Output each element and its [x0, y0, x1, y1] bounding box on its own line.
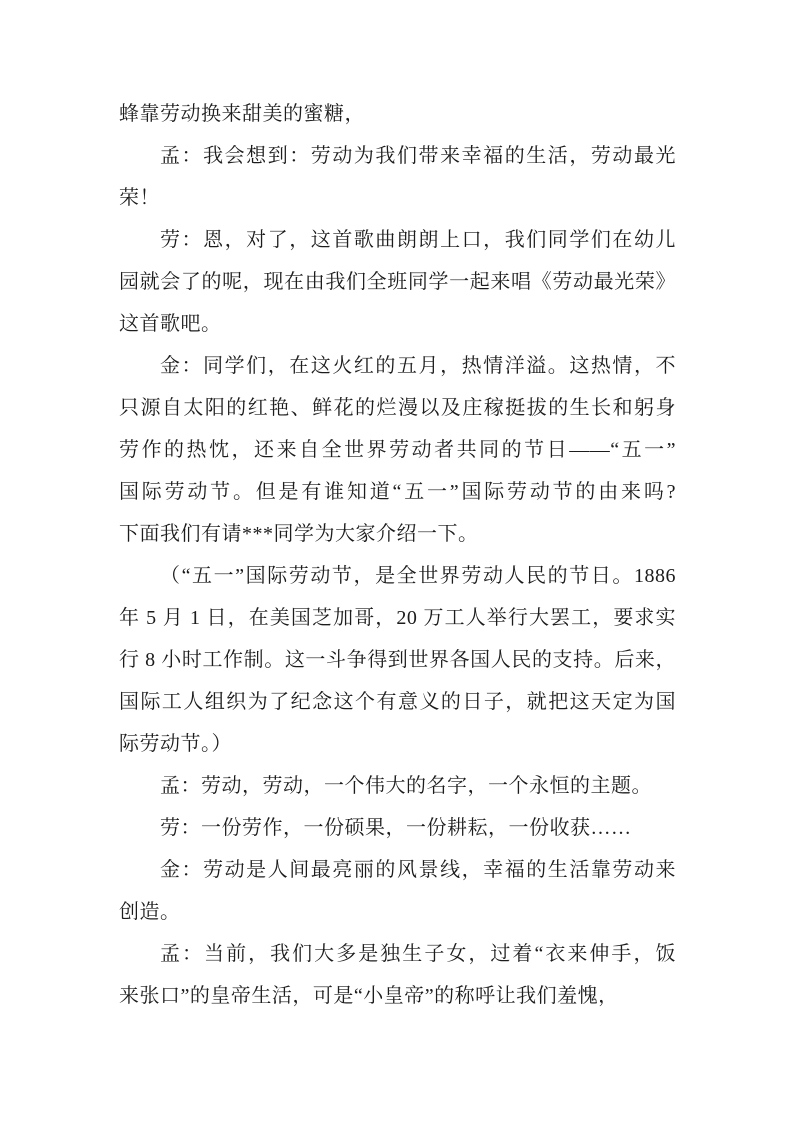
paragraph: 蜂靠劳动换来甜美的蜜糖，	[119, 93, 676, 135]
text-line: 劳作的热忱，还来自全世界劳动者共同的节日——“五一”	[119, 429, 676, 471]
document-body: 蜂靠劳动换来甜美的蜜糖，孟：我会想到：劳动为我们带来幸福的生活，劳动最光荣！劳：…	[119, 93, 676, 1017]
text-line: 孟：当前，我们大多是独生子女，过着“衣来伸手，饭	[119, 933, 676, 975]
paragraph: 劳：恩，对了，这首歌曲朗朗上口，我们同学们在幼儿园就会了的呢，现在由我们全班同学…	[119, 219, 676, 345]
text-line: 荣！	[119, 177, 676, 219]
text-line: 年 5 月 1 日，在美国芝加哥，20 万工人举行大罢工，要求实	[119, 597, 676, 639]
text-line: 来张口”的皇帝生活，可是“小皇帝”的称呼让我们羞愧，	[119, 975, 676, 1017]
text-line: 金：同学们，在这火红的五月，热情洋溢。这热情，不	[119, 345, 676, 387]
text-line: （“五一”国际劳动节，是全世界劳动人民的节日。1886	[119, 555, 676, 597]
paragraph: 孟：劳动，劳动，一个伟大的名字，一个永恒的主题。	[119, 765, 676, 807]
text-line: 园就会了的呢，现在由我们全班同学一起来唱《劳动最光荣》	[119, 261, 676, 303]
document-page: 蜂靠劳动换来甜美的蜜糖，孟：我会想到：劳动为我们带来幸福的生活，劳动最光荣！劳：…	[0, 0, 793, 1122]
paragraph: 金：同学们，在这火红的五月，热情洋溢。这热情，不只源自太阳的红艳、鲜花的烂漫以及…	[119, 345, 676, 555]
paragraph: 劳：一份劳作，一份硕果，一份耕耘，一份收获……	[119, 807, 676, 849]
text-line: 孟：我会想到：劳动为我们带来幸福的生活，劳动最光	[119, 135, 676, 177]
text-line: 劳：一份劳作，一份硕果，一份耕耘，一份收获……	[119, 807, 676, 849]
text-line: 创造。	[119, 891, 676, 933]
text-line: 金：劳动是人间最亮丽的风景线，幸福的生活靠劳动来	[119, 849, 676, 891]
text-line: 国际工人组织为了纪念这个有意义的日子，就把这天定为国	[119, 681, 676, 723]
text-line: 下面我们有请***同学为大家介绍一下。	[119, 513, 676, 555]
paragraph: 孟：我会想到：劳动为我们带来幸福的生活，劳动最光荣！	[119, 135, 676, 219]
text-line: 这首歌吧。	[119, 303, 676, 345]
text-line: 国际劳动节。但是有谁知道“五一”国际劳动节的由来吗?	[119, 471, 676, 513]
text-line: 孟：劳动，劳动，一个伟大的名字，一个永恒的主题。	[119, 765, 676, 807]
text-line: 只源自太阳的红艳、鲜花的烂漫以及庄稼挺拔的生长和躬身	[119, 387, 676, 429]
paragraph: 孟：当前，我们大多是独生子女，过着“衣来伸手，饭来张口”的皇帝生活，可是“小皇帝…	[119, 933, 676, 1017]
text-line: 劳：恩，对了，这首歌曲朗朗上口，我们同学们在幼儿	[119, 219, 676, 261]
text-line: 行 8 小时工作制。这一斗争得到世界各国人民的支持。后来，	[119, 639, 676, 681]
paragraph: （“五一”国际劳动节，是全世界劳动人民的节日。1886年 5 月 1 日，在美国…	[119, 555, 676, 765]
text-line: 际劳动节。）	[119, 723, 676, 765]
text-line: 蜂靠劳动换来甜美的蜜糖，	[119, 93, 676, 135]
paragraph: 金：劳动是人间最亮丽的风景线，幸福的生活靠劳动来创造。	[119, 849, 676, 933]
